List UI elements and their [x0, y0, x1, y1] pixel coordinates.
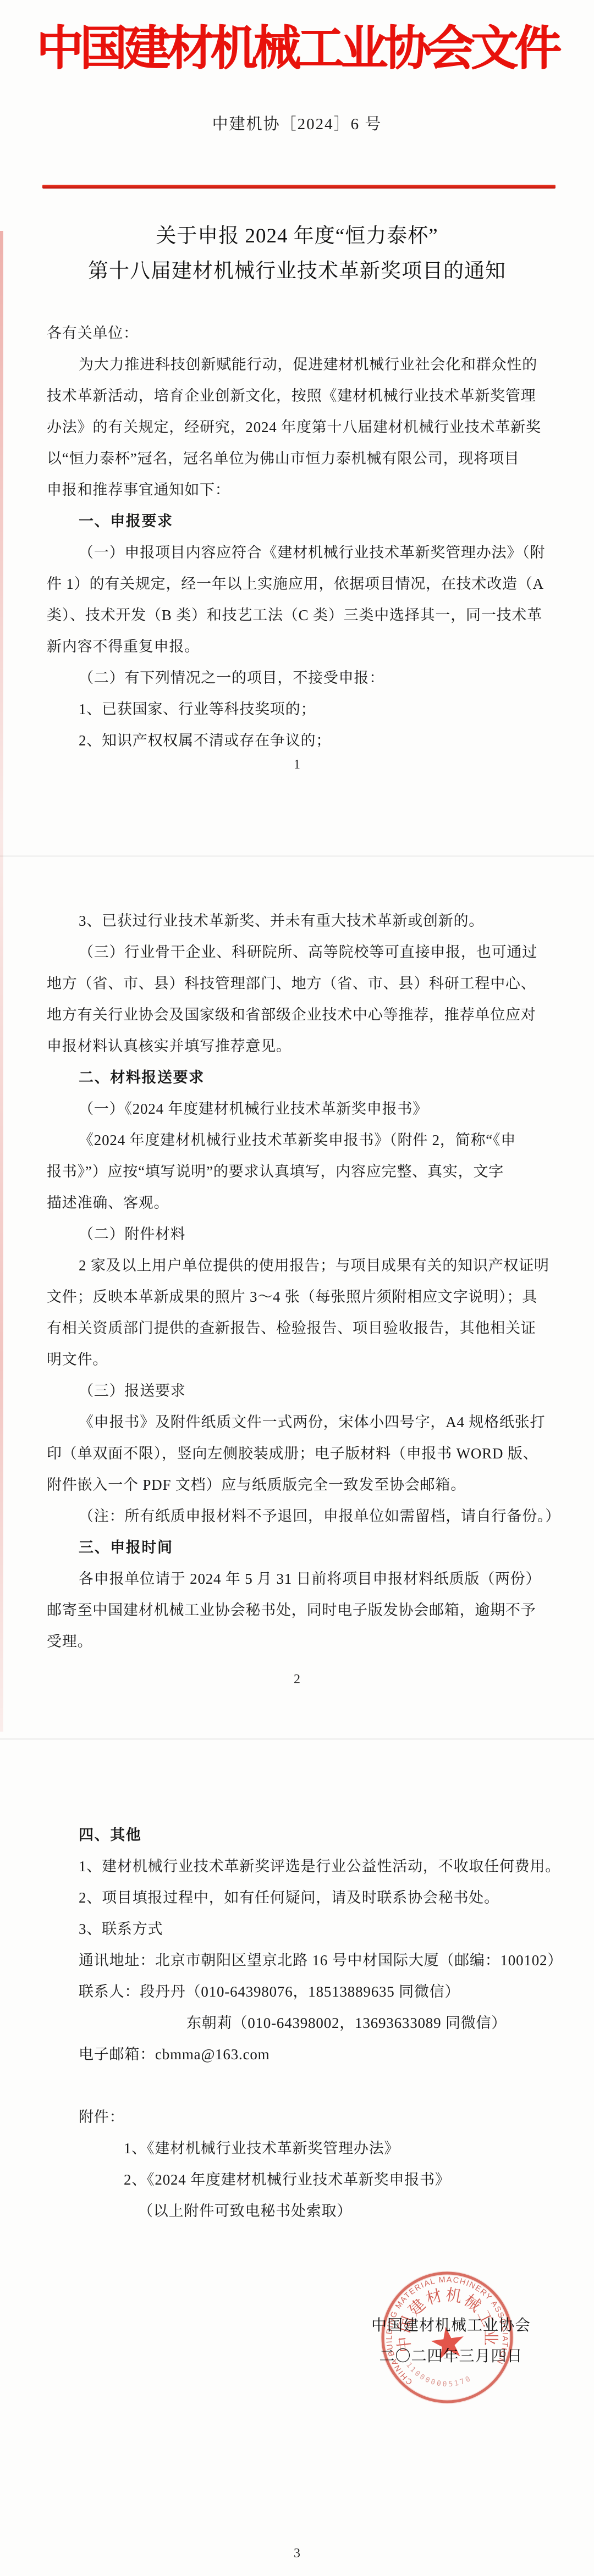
body-line: 类）、技术开发（B 类）和技艺工法（C 类）三类中选择其一，同一技术革 — [47, 600, 555, 631]
page2-body: 3、已获过行业技术革新奖、并未有重大技术革新或创新的。 （三）行业骨干企业、科研… — [47, 905, 555, 1657]
contact-person-1: 联系人：段丹丹（010-64398076，18513889635 同微信） — [47, 1976, 555, 2008]
attachment-item-1: 1、《建材机械行业技术革新奖管理办法》 — [47, 2133, 555, 2164]
scan-edge-artifact — [0, 231, 3, 1732]
body-line: 受理。 — [47, 1626, 555, 1657]
page-break-2 — [0, 1738, 594, 1740]
body-line: 技术革新活动，培育企业创新文化，按照《建材机械行业技术革新奖管理 — [47, 380, 555, 412]
attachment-note: （以上附件可致电秘书处索取） — [47, 2196, 555, 2227]
section-heading-4: 四、其他 — [47, 1820, 555, 1851]
body-line: 描述准确、客观。 — [47, 1187, 555, 1219]
page3-body: 四、其他 1、建材机械行业技术革新奖评选是行业公益性活动，不收取任何费用。 2、… — [47, 1820, 555, 2227]
body-line: 地方（省、市、县）科技管理部门、地方（省、市、县）科研工程中心、 — [47, 968, 555, 999]
body-line: 印（单双面不限），竖向左侧胶装成册；电子版材料（申报书 WORD 版、 — [47, 1438, 555, 1469]
body-line: 明文件。 — [47, 1344, 555, 1375]
list-item: 1、已获国家、行业等科技奖项的； — [47, 694, 555, 725]
body-line: 文件；反映本革新成果的照片 3～4 张（每张照片须附相应文字说明）；具 — [47, 1281, 555, 1313]
body-line: （二）有下列情况之一的项目，不接受申报： — [47, 662, 555, 694]
body-line: 《申报书》及附件纸质文件一式两份，宋体小四号字，A4 规格纸张打 — [47, 1407, 555, 1438]
body-line: （一）申报项目内容应符合《建材机械行业技术革新奖管理办法》（附 — [47, 537, 555, 568]
contact-email: 电子邮箱：cbmma@163.com — [47, 2039, 555, 2070]
body-line: （一）《2024 年度建材机械行业技术革新奖申报书》 — [47, 1093, 555, 1125]
body-line: 申报和推荐事宜通知如下： — [47, 474, 555, 506]
body-line: （二）附件材料 — [47, 1219, 555, 1250]
list-item: 2、知识产权权属不清或存在争议的； — [47, 725, 555, 756]
page-number-1: 1 — [0, 756, 594, 773]
contact-person-2: 东朝莉（010-64398002，13693633089 同微信） — [47, 2008, 555, 2039]
section-heading-2: 二、材料报送要求 — [47, 1062, 555, 1093]
body-line: 2 家及以上用户单位提供的使用报告；与项目成果有关的知识产权证明 — [47, 1250, 555, 1281]
body-line: 新内容不得重复申报。 — [47, 631, 555, 662]
body-line: 报书》”）应按“填写说明”的要求认真填写，内容应完整、真实，文字 — [47, 1156, 555, 1187]
document-number: 中建机协［2024］6 号 — [0, 113, 594, 135]
signature-org: 中国建材机械工业协会 — [352, 2315, 550, 2336]
seal-graphic: CHINA BUILDING MATERIAL MACHINERY ASSOCI… — [366, 2257, 528, 2418]
body-line: 件 1）的有关规定，经一年以上实施应用，依据项目情况，在技术改造（A — [47, 568, 555, 600]
body-line: 为大力推进科技创新赋能行动，促进建材机械行业社会化和群众性的 — [47, 349, 555, 380]
list-item: 1、建材机械行业技术革新奖评选是行业公益性活动，不收取任何费用。 — [47, 1851, 555, 1882]
body-line: 各申报单位请于 2024 年 5 月 31 日前将项目申报材料纸质版（两份） — [47, 1563, 555, 1595]
page-number-2: 2 — [0, 1671, 594, 1688]
list-item: 3、已获过行业技术革新奖、并未有重大技术革新或创新的。 — [47, 905, 555, 937]
attachments-label: 附件： — [47, 2102, 555, 2133]
body-line: 《2024 年度建材机械行业技术革新奖申报书》（附件 2，简称“《申 — [47, 1125, 555, 1156]
body-line: 邮寄至中国建材机械工业协会秘书处，同时电子版发协会邮箱，逾期不予 — [47, 1595, 555, 1626]
signature-date: 二〇二四年三月四日 — [352, 2346, 550, 2367]
body-line: 办法》的有关规定，经研究，2024 年度第十八届建材机械行业技术革新奖 — [47, 412, 555, 443]
salutation: 各有关单位： — [47, 318, 555, 349]
section-heading-3: 三、申报时间 — [47, 1532, 555, 1563]
page1-body: 各有关单位： 为大力推进科技创新赋能行动，促进建材机械行业社会化和群众性的 技术… — [47, 318, 555, 756]
body-line: （三）报送要求 — [47, 1375, 555, 1407]
body-line: 有相关资质部门提供的查新报告、检验报告、项目验收报告，其他相关证 — [47, 1313, 555, 1344]
scanned-official-document: { "doc": { "org_header": "中国建材机械工业协会文件",… — [0, 0, 594, 2576]
body-line: （三）行业骨干企业、科研院所、高等院校等可直接申报，也可通过 — [47, 937, 555, 968]
contact-address: 通讯地址：北京市朝阳区望京北路 16 号中材国际大厦（邮编：100102） — [47, 1945, 555, 1976]
body-line: 申报材料认真核实并填写推荐意见。 — [47, 1031, 555, 1062]
doc-title-line2: 第十八届建材机械行业技术革新奖项目的通知 — [0, 254, 594, 284]
body-line: 地方有关行业协会及国家级和省部级企业技术中心等推荐，推荐单位应对 — [47, 999, 555, 1031]
official-red-seal: CHINA BUILDING MATERIAL MACHINERY ASSOCI… — [366, 2257, 528, 2418]
body-line: 以“恒力泰杯”冠名，冠名单位为佛山市恒力泰机械有限公司，现将项目 — [47, 443, 555, 474]
doc-title-line1: 关于申报 2024 年度“恒力泰杯” — [0, 219, 594, 248]
letterhead-red-rule — [42, 185, 555, 189]
page-number-3: 3 — [0, 2545, 594, 2562]
section-heading-1: 一、申报要求 — [47, 506, 555, 537]
page-break-1 — [0, 855, 594, 857]
letterhead-org-title: 中国建材机械工业协会文件 — [0, 20, 594, 77]
body-line: 附件嵌入一个 PDF 文档）应与纸质版完全一致发至协会邮箱。 — [47, 1469, 555, 1501]
list-item: 3、联系方式 — [47, 1914, 555, 1945]
list-item: 2、项目填报过程中，如有任何疑问，请及时联系协会秘书处。 — [47, 1882, 555, 1914]
note-line: （注：所有纸质申报材料不予退回，申报单位如需留档，请自行备份。） — [47, 1501, 555, 1532]
attachment-item-2: 2、《2024 年度建材机械行业技术革新奖申报书》 — [47, 2164, 555, 2196]
blank-line — [47, 2070, 555, 2102]
